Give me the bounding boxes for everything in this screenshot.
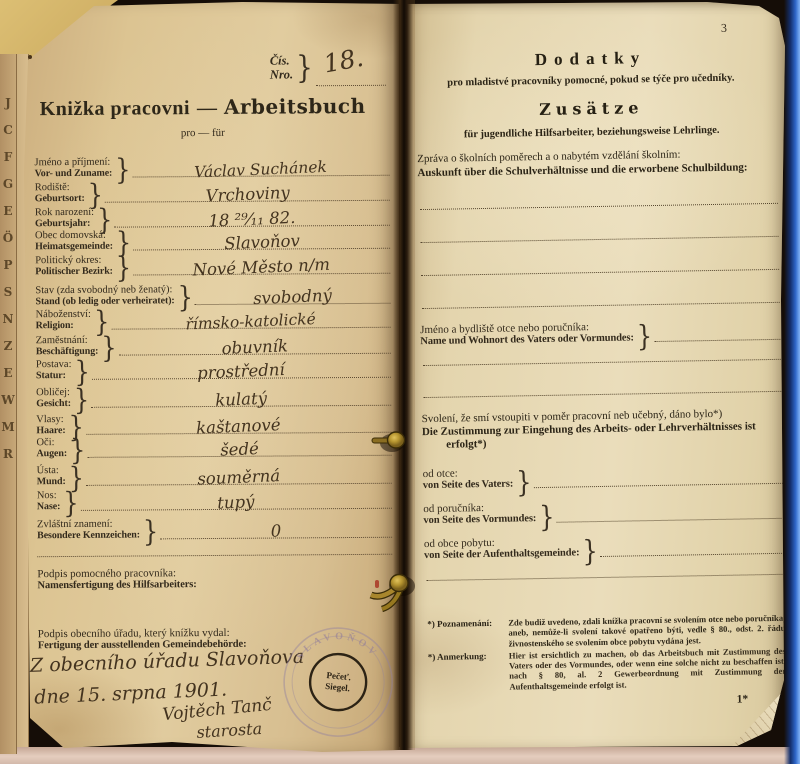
consent-row-father: od otce: von Seite des Vaters: }: [423, 463, 783, 499]
field-row: Politický okres:Politischer Bezirk:}Nové…: [35, 253, 390, 281]
field-labels: Obec domovská:Heimatsgemeinde:: [35, 230, 113, 253]
brace-glyph: }: [115, 156, 130, 183]
dotted-line: [557, 518, 784, 523]
edge-letter-glyph: M: [1, 420, 15, 434]
field-label-cz: Náboženství:: [36, 309, 91, 320]
brace-glyph: }: [63, 490, 78, 517]
consent-municipality-de: von Seite der Aufenthaltsgemeinde:: [424, 547, 580, 561]
field-label-de: Nase:: [37, 501, 60, 512]
field-value-handwritten: prostřední: [197, 360, 285, 383]
handwritten-signature-role: starosta: [196, 719, 263, 742]
edge-letter-glyph: Z: [1, 339, 15, 353]
field-labels: Obličej:Gesicht:: [36, 387, 71, 409]
dotted-line: Vrchoviny: [105, 200, 390, 203]
brace-glyph: }: [74, 359, 89, 386]
dotted-line: [423, 359, 781, 366]
footnote-cz: *) Poznamenání: Zde budiž uvedeno, zdali…: [427, 613, 785, 650]
dotted-line: [600, 553, 784, 557]
field-value-handwritten: římsko-katolické: [185, 310, 316, 333]
field-label-cz: Rok narození:: [35, 207, 94, 218]
title-subtitle: pro — für: [20, 126, 385, 141]
field-row: Obličej:Gesicht:}kulatý: [36, 385, 391, 413]
field-label-cz: Rodiště:: [35, 182, 85, 193]
field-row: Ústa:Mund:}souměrná: [37, 463, 392, 491]
field-label-cz: Jméno a příjmení:: [34, 157, 112, 169]
number-label-de: Nro.: [270, 68, 293, 82]
field-label-de: Politischer Bezirk:: [35, 266, 113, 278]
dotted-line: Václav Suchánek: [133, 175, 390, 178]
number-label-cz: Čís.: [270, 54, 293, 68]
brace-glyph: }: [143, 518, 158, 545]
guardian-label-de: Name und Wohnort des Vaters oder Vormund…: [420, 332, 634, 347]
dotted-line: [421, 236, 779, 243]
edge-letter-glyph: Ö: [1, 231, 15, 245]
footnote-text-cz: Zde budiž uvedeno, zdali knížka pracovní…: [508, 613, 785, 649]
additions-title-cz: Dodatky: [403, 46, 777, 73]
consent-text-de: Die Zustimmung zur Eingehung des Arbeits…: [422, 420, 784, 452]
field-labels: Postava:Statur:: [36, 359, 72, 381]
worker-signature-label-de: Namensfertigung des Hilfsarbeiters:: [37, 579, 196, 591]
number-labels: Čís. Nro.: [270, 54, 293, 81]
dark-speck: [28, 55, 32, 59]
brace-glyph: }: [101, 334, 116, 361]
field-label-cz: Zaměstnání:: [36, 335, 99, 346]
number-block: Čís. Nro. } 18.: [270, 53, 365, 83]
dotted-line: šedé: [87, 455, 391, 458]
field-row: Oči:Augen:}šedé: [36, 435, 391, 463]
dotted-line: tupý: [81, 508, 392, 511]
dotted-line: Nové Město n/m: [133, 273, 390, 276]
field-label-cz: Politický okres:: [35, 255, 113, 267]
footnote-label-cz: *) Poznamenání:: [427, 618, 504, 650]
edge-letter-glyph: P: [1, 258, 15, 272]
page-number-right: 3: [721, 21, 727, 36]
guardian-row: Jméno a bydliště otce nebo poručníka: Na…: [420, 319, 780, 355]
field-labels: Jméno a příjmení:Vor- und Zuname:: [34, 157, 112, 180]
brace-glyph: }: [178, 284, 193, 311]
additions-title-de: Zusätze: [404, 96, 778, 122]
booklet-title: Knižka pracovni—Arbeitsbuch: [20, 94, 385, 122]
edge-letter-glyph: S: [1, 285, 15, 299]
field-label-de: Geburtsort:: [35, 193, 85, 204]
edge-letter-glyph: W: [1, 393, 15, 407]
consent-row-labels: od obce pobytu: von Seite der Aufenthalt…: [424, 536, 580, 561]
footnotes: *) Poznamenání: Zde budiž uvedeno, zdali…: [427, 613, 786, 695]
field-value-handwritten: Václav Suchánek: [194, 158, 327, 182]
number-value-handwritten: 18.: [321, 43, 365, 79]
dotted-line: [316, 85, 386, 86]
footnote-text-de: Hier ist ersichtlich zu machen, ob das A…: [509, 646, 787, 692]
field-label-cz: Oči:: [36, 437, 67, 448]
edge-letter-glyph: F: [1, 150, 15, 164]
field-value-handwritten: Slavoňov: [223, 231, 299, 253]
dotted-line: svobodný: [195, 303, 391, 305]
brace-glyph: }: [582, 538, 598, 565]
field-labels: Politický okres:Politischer Bezirk:: [35, 255, 113, 278]
dotted-line: kulatý: [91, 405, 391, 408]
consent-row-municipality: od obce pobytu: von Seite der Aufenthalt…: [424, 533, 784, 569]
fastener-head-icon: [390, 575, 408, 592]
dotted-line: [654, 339, 780, 342]
worker-signature-labels: Podpis pomocného pracovníka: Namensferti…: [37, 568, 196, 591]
dotted-line: Slavoňov: [133, 248, 390, 251]
field-labels: Oči:Augen:: [36, 437, 67, 459]
right-page-content: 3 Dodatky pro mladistvé pracovníky pomoc…: [402, 0, 797, 753]
field-labels: Nos:Nase:: [37, 490, 61, 512]
title-separator: —: [197, 97, 217, 119]
field-label-cz: Vlasy:: [36, 414, 65, 425]
dotted-line: [427, 574, 785, 581]
left-page-content: 2 Čís. Nro. } 18. Knižka pracovni—Arbeit…: [19, 1, 401, 754]
dotted-line: římsko-katolické: [111, 327, 390, 330]
field-row: Nos:Nase:}tupý: [37, 488, 392, 516]
field-row: Zvláštní znamení:Besondere Kennzeichen:}…: [37, 517, 392, 545]
consent-row-labels: od poručníka: von Seite des Vormundes:: [423, 502, 536, 526]
consent-father-de: von Seite des Vaters:: [423, 479, 514, 492]
field-value-handwritten: šedé: [220, 439, 259, 460]
field-label-de: Geburtsjahr:: [35, 218, 94, 229]
brace-glyph: }: [116, 254, 131, 281]
scanned-workbook: JCFGEÖPSNZEWMR 2 Čís. Nro. } 18. Knižka …: [0, 0, 800, 764]
right-page: 3 Dodatky pro mladistvé pracovníky pomoc…: [407, 0, 789, 750]
dotted-line: [421, 269, 779, 276]
brass-fasteners: [358, 414, 428, 624]
field-label-de: Besondere Kennzeichen:: [37, 529, 140, 541]
dotted-line: obuvník: [119, 353, 391, 356]
edge-letter-glyph: E: [1, 204, 15, 218]
red-speck: [375, 580, 379, 588]
scanner-blue-edge: [784, 0, 800, 764]
field-value-handwritten: kulatý: [215, 389, 267, 410]
field-label-cz: Postava:: [36, 359, 72, 370]
edge-letter-glyph: E: [1, 366, 15, 380]
additions-subtitle-de: für jugendliche Hilfsarbeiter, beziehung…: [405, 124, 779, 142]
edge-letter-glyph: G: [1, 177, 15, 191]
field-label-de: Religion:: [36, 320, 91, 331]
title-german: Arbeitsbuch: [224, 94, 366, 119]
field-label-cz: Ústa:: [37, 465, 66, 476]
field-value-handwritten: kaštanové: [196, 415, 281, 438]
field-label-de: Haare:: [36, 425, 65, 436]
brace-glyph: }: [296, 55, 313, 82]
field-label-de: Heimatsgemeinde:: [35, 241, 113, 253]
dotted-line: [423, 391, 781, 398]
field-labels: Zaměstnání:Beschäftigung:: [36, 335, 99, 357]
edge-letter-glyph: J: [1, 96, 15, 110]
left-page: 2 Čís. Nro. } 18. Knižka pracovni—Arbeit…: [22, 2, 399, 752]
brace-glyph: }: [516, 469, 532, 496]
school-report-labels: Zpráva o školních poměrech a o nabytém v…: [417, 147, 777, 180]
footnote-de: *) Anmerkung: Hier ist ersichtlich zu ma…: [428, 646, 787, 693]
consent-row-labels: od otce: von Seite des Vaters:: [423, 468, 514, 492]
field-value-handwritten: Nové Město n/m: [193, 255, 331, 280]
title-czech: Knižka pracovni: [40, 97, 190, 120]
brace-glyph: }: [637, 323, 653, 350]
field-value-handwritten: tupý: [217, 492, 255, 513]
guardian-labels: Jméno a bydliště otce nebo poručníka: Na…: [420, 321, 634, 347]
field-value-handwritten: obuvník: [221, 336, 288, 358]
field-labels: Rodiště:Geburtsort:: [35, 182, 85, 204]
edge-letter-glyph: R: [1, 447, 15, 461]
field-value-handwritten: svobodný: [253, 286, 332, 308]
dotted-line: souměrná: [86, 483, 392, 486]
consent-row-guardian: od poručníka: von Seite des Vormundes: }: [423, 498, 783, 534]
field-label-de: Gesicht:: [36, 398, 71, 409]
field-value-handwritten: 0: [271, 521, 282, 540]
stamp-seal: SLAVOŇOV Pečeť. Siegel.: [272, 616, 403, 749]
field-label-cz: Obličej:: [36, 387, 71, 398]
field-labels: Náboženství:Religion:: [36, 309, 92, 331]
field-label-de: Statur:: [36, 370, 72, 381]
field-value-handwritten: 18 ²⁹⁄₁₁ 82.: [208, 208, 296, 231]
field-labels: Rok narození:Geburtsjahr:: [35, 207, 94, 229]
book-spine: [393, 0, 415, 750]
field-row: Postava:Statur:}prostřední: [36, 357, 391, 385]
dotted-line: [534, 483, 783, 488]
field-row: Náboženství:Religion:}římsko-katolické: [36, 307, 391, 335]
dotted-line: [37, 554, 392, 557]
field-label-de: Augen:: [36, 448, 67, 459]
field-labels: Stav (zda svobodný neb ženatý):Stand (ob…: [35, 284, 174, 307]
field-value-handwritten: Vrchoviny: [205, 183, 290, 206]
field-labels: Vlasy:Haare:: [36, 414, 65, 436]
dotted-line: [420, 203, 778, 210]
dotted-line: [422, 302, 780, 309]
field-label-cz: Zvláštní znamení:: [37, 518, 140, 530]
consent-paragraph: Svolení, že smí vstoupiti v poměr pracov…: [422, 407, 785, 452]
additions-subtitle-cz: pro mladistvé pracovníky pomocné, pokud …: [404, 72, 778, 90]
consent-guardian-de: von Seite des Vormundes:: [423, 513, 536, 526]
footnote-label-de: *) Anmerkung:: [428, 651, 505, 694]
field-value-handwritten: souměrná: [197, 466, 281, 488]
field-labels: Zvláštní znamení:Besondere Kennzeichen:: [37, 518, 140, 541]
field-row: Rodiště:Geburtsort:}Vrchoviny: [35, 180, 390, 208]
signature-mark: 1*: [737, 693, 749, 705]
brace-glyph: }: [539, 504, 555, 531]
field-labels: Ústa:Mund:: [37, 465, 66, 487]
field-label-de: Mund:: [37, 476, 66, 487]
dotted-line: prostřední: [92, 377, 391, 380]
field-label-cz: Obec domovská:: [35, 230, 113, 242]
field-row: Obec domovská:Heimatsgemeinde:}Slavoňov: [35, 228, 390, 256]
brace-glyph: }: [70, 437, 85, 464]
field-label-cz: Nos:: [37, 490, 60, 501]
fastener-head-icon: [388, 432, 405, 448]
edge-letter-glyph: N: [1, 312, 15, 326]
edge-letter-glyph: C: [1, 123, 15, 137]
